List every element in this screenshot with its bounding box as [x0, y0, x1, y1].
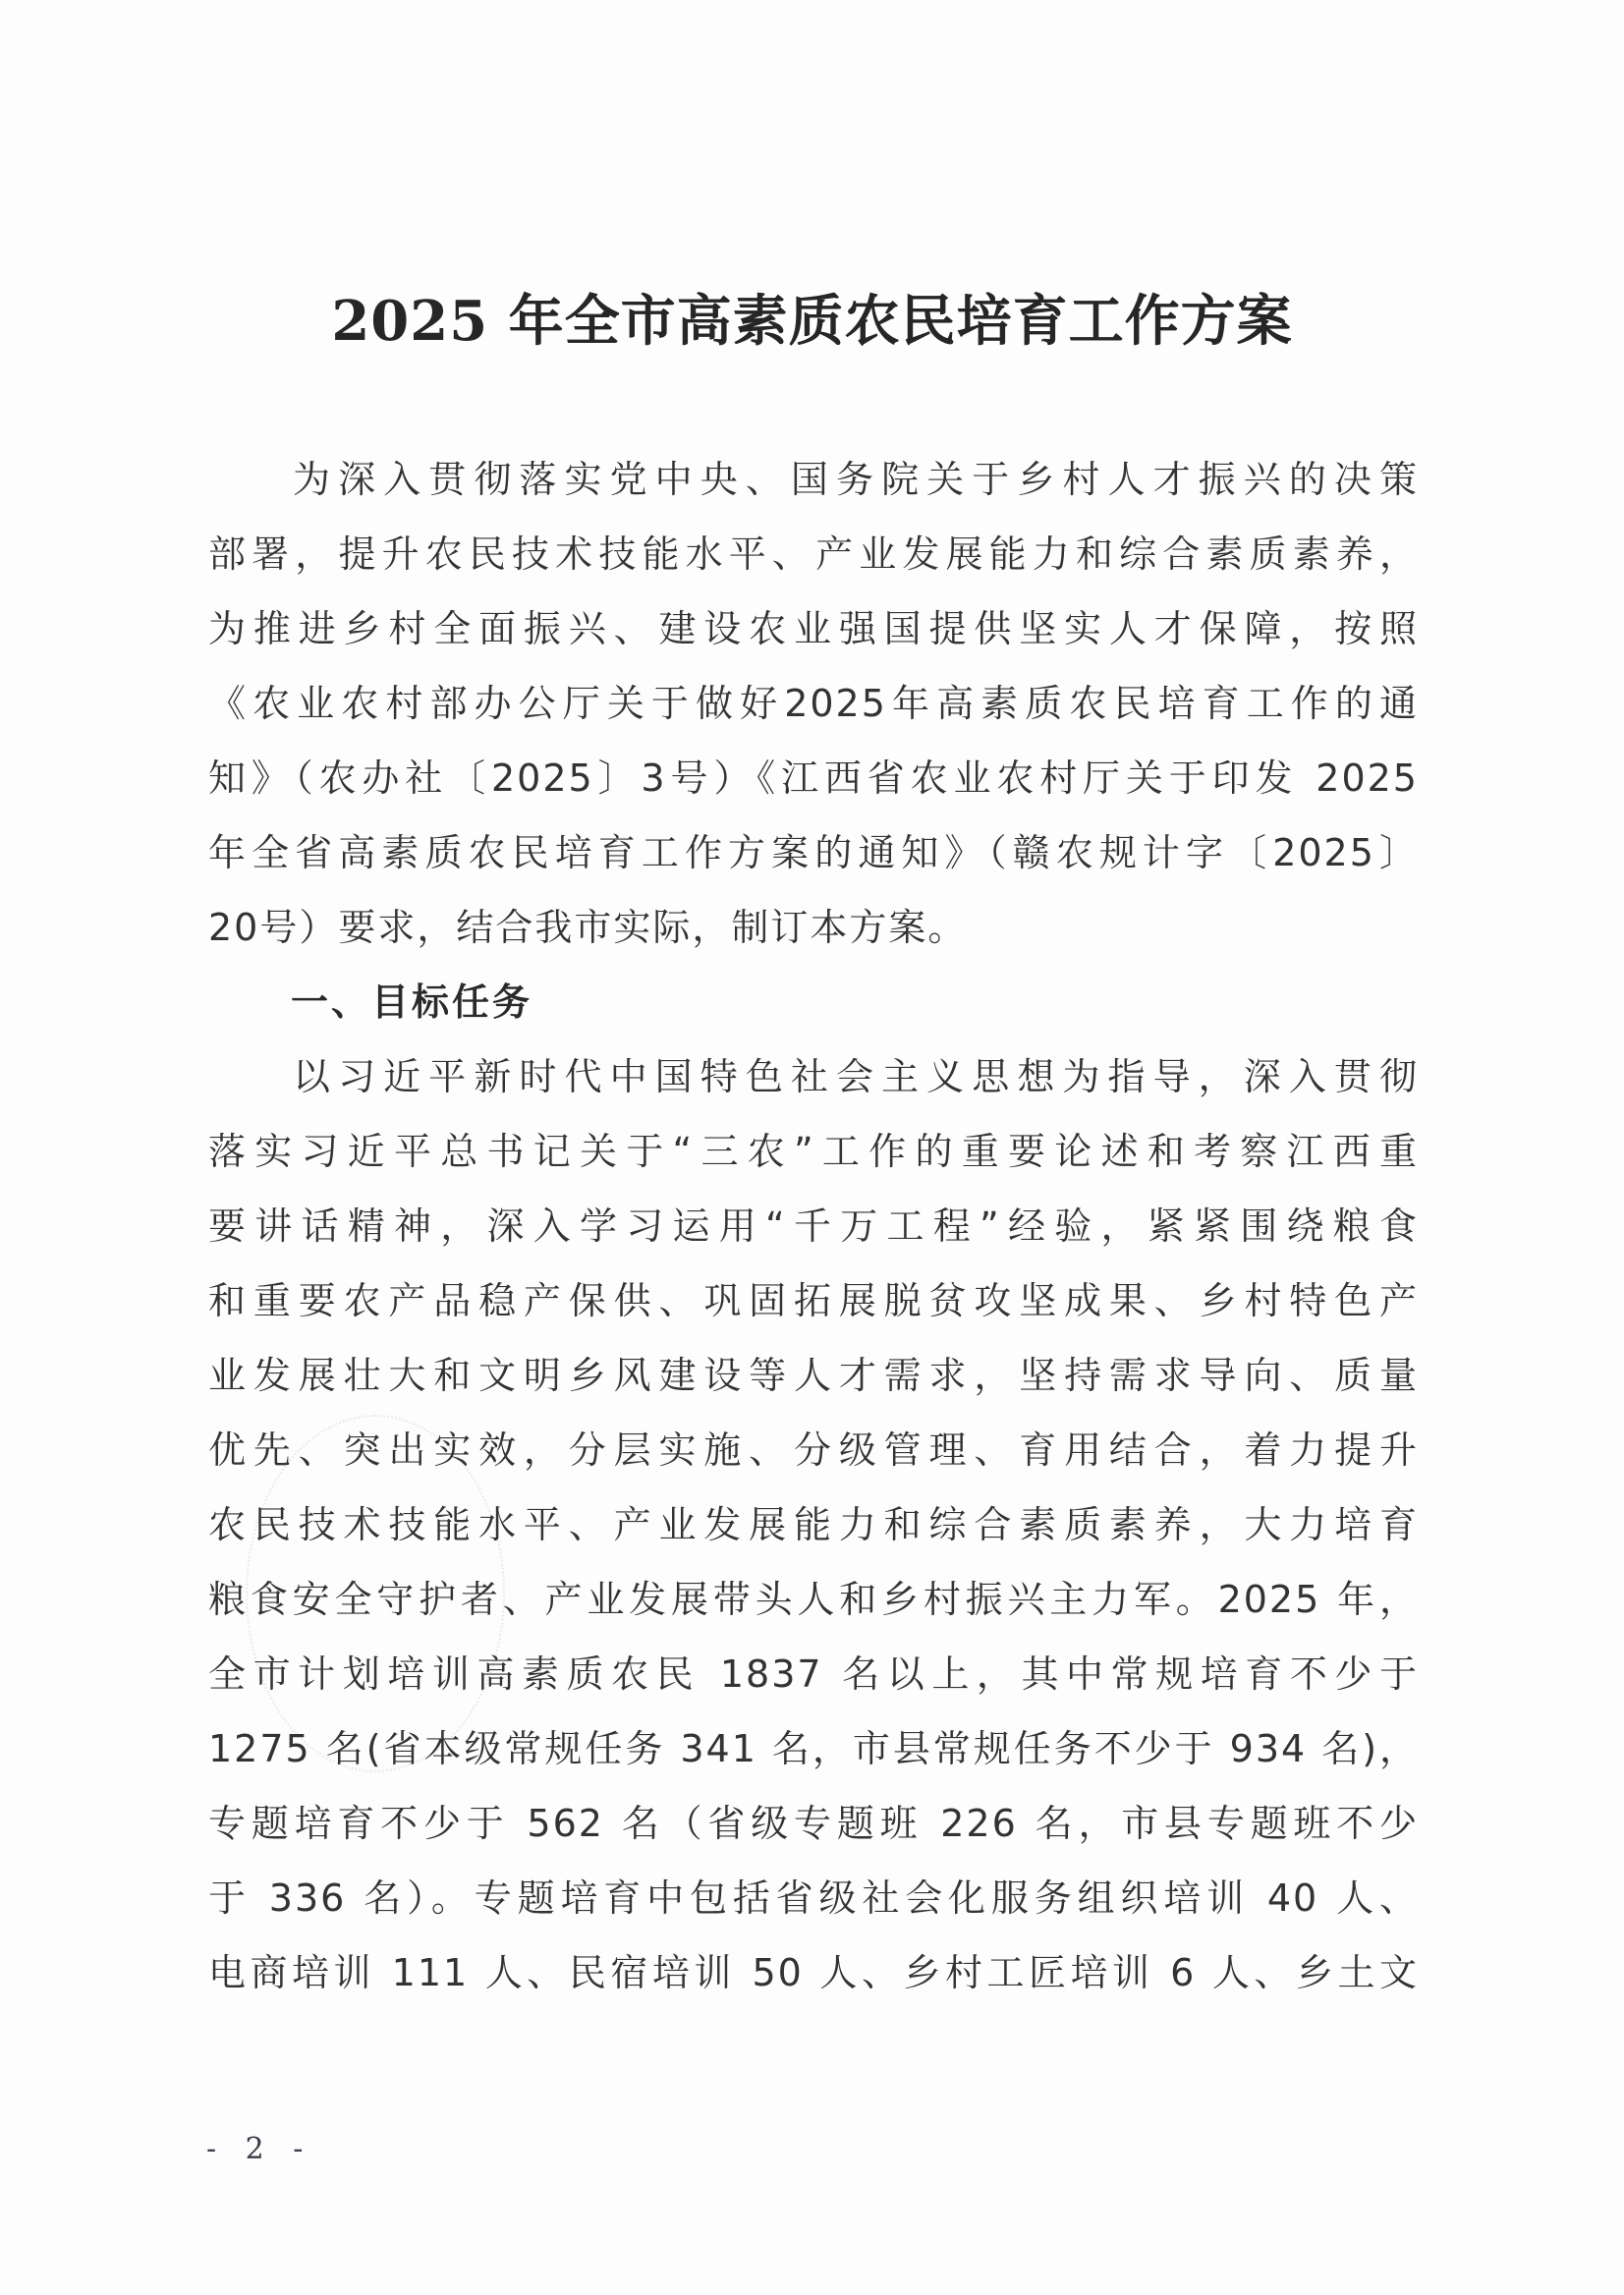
section-line-8: 粮食安全守护者、产业发展带头人和乡村振兴主力军。2025 年， — [208, 1574, 1419, 1625]
section-line-9: 全市计划培训高素质农民 1837 名以上，其中常规培育不少于 — [208, 1649, 1419, 1700]
section-line-6: 优先、突出实效，分层实施、分级管理、育用结合，着力提升 — [208, 1425, 1419, 1476]
page-number: - 2 - — [206, 2132, 312, 2166]
section-line-2: 落实习近平总书记关于“三农”工作的重要论述和考察江西重 — [208, 1126, 1419, 1177]
intro-line-2: 部署，提升农民技术技能水平、产业发展能力和综合素质素养， — [208, 529, 1419, 580]
section-line-4: 和重要农产品稳产保供、巩固拓展脱贫攻坚成果、乡村特色产 — [208, 1275, 1419, 1326]
intro-line-6: 年全省高素质农民培育工作方案的通知》（赣农规计字〔2025〕 — [208, 827, 1419, 878]
section-line-12: 于 336 名）。专题培育中包括省级社会化服务组织培训 40 人、 — [208, 1873, 1419, 1924]
intro-line-7: 20号）要求，结合我市实际，制订本方案。 — [208, 902, 1419, 953]
intro-line-4: 《农业农村部办公厅关于做好2025年高素质农民培育工作的通 — [208, 678, 1419, 729]
section-line-11: 专题培育不少于 562 名（省级专题班 226 名，市县专题班不少 — [208, 1798, 1419, 1849]
section-line-3: 要讲话精神，深入学习运用“千万工程”经验，紧紧围绕粮食 — [208, 1201, 1419, 1252]
section-line-10: 1275 名(省本级常规任务 341 名，市县常规任务不少于 934 名)， — [208, 1723, 1419, 1774]
section-line-13: 电商培训 111 人、民宿培训 50 人、乡村工匠培训 6 人、乡土文 — [208, 1947, 1419, 1998]
document-page: 2025 年全市高素质农民培育工作方案 为深入贯彻落实党中央、国务院关于乡村人才… — [0, 0, 1624, 2295]
intro-line-5: 知》（农办社〔2025〕3号）《江西省农业农村厅关于印发 2025 — [208, 753, 1419, 804]
section-heading-goals: 一、目标任务 — [291, 977, 532, 1028]
section-line-7: 农民技术技能水平、产业发展能力和综合素质素养，大力培育 — [208, 1499, 1419, 1550]
intro-line-1: 为深入贯彻落实党中央、国务院关于乡村人才振兴的决策 — [293, 454, 1419, 505]
section-line-1: 以习近平新时代中国特色社会主义思想为指导，深入贯彻 — [293, 1051, 1419, 1102]
document-title: 2025 年全市高素质农民培育工作方案 — [0, 287, 1624, 356]
section-line-5: 业发展壮大和文明乡风建设等人才需求，坚持需求导向、质量 — [208, 1350, 1419, 1401]
intro-line-3: 为推进乡村全面振兴、建设农业强国提供坚实人才保障，按照 — [208, 603, 1419, 654]
